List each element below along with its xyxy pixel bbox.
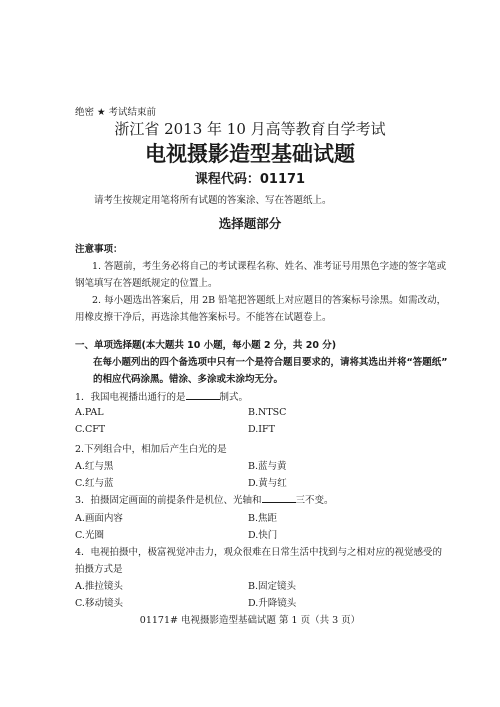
question-3-stem: 3．拍摄固定画面的前提条件是机位、光轴和三不变。: [75, 492, 334, 506]
q2-option-a: A.红与黑: [75, 458, 113, 472]
note-2-line2: 用橡皮擦干净后，再选涂其他答案标号。不能答在试题卷上。: [75, 309, 332, 323]
q1-option-a: A.PAL: [75, 407, 104, 418]
confidential-mark: 绝密 ★ 考试结束前: [75, 104, 156, 118]
q3-option-d: D.快门: [248, 527, 277, 541]
page-footer: 01171# 电视摄影造型基础试题 第 1 页（共 3 页）: [0, 612, 500, 626]
q4-option-c: C.移动镜头: [75, 595, 123, 609]
question-4-stem: 4．电视拍摄中，极富视觉冲击力，观众很难在日常生活中找到与之相对应的视觉感受的: [75, 544, 442, 558]
question-3-text: 3．拍摄固定画面的前提条件是机位、光轴和: [75, 495, 262, 506]
q3-option-a: A.画面内容: [75, 510, 123, 524]
question-2-stem: 2.下列组合中，相加后产生白光的是: [75, 441, 227, 455]
note-1-line1: 1. 答题前，考生务必将自己的考试课程名称、姓名、准考证号用黑色字迹的签字笔或: [92, 258, 446, 272]
q4-option-a: A.推拉镜头: [75, 578, 123, 592]
question-1-stem: 1．我国电视播出通行的是制式。: [75, 389, 248, 403]
paper-title: 电视摄影造型基础试题: [0, 138, 500, 168]
notes-heading: 注意事项：: [75, 241, 123, 255]
q2-option-d: D.黄与红: [248, 475, 287, 489]
exam-name: 浙江省 2013 年 10 月高等教育自学考试: [0, 118, 500, 139]
answer-instruction: 请考生按规定用笔将所有试题的答案涂、写在答题纸上。: [94, 192, 332, 206]
q4-option-b: B.固定镜头: [248, 578, 296, 592]
part1-desc-line1: 在每小题列出的四个备选项中只有一个是符合题目要求的，请将其选出并将“答题纸”: [93, 354, 448, 368]
course-code: 课程代码：01171: [0, 168, 500, 187]
q2-option-b: B.蓝与黄: [248, 458, 287, 472]
q1-option-b: B.NTSC: [248, 407, 286, 418]
part1-desc-line2: 的相应代码涂黑。错涂、多涂或未涂均无分。: [93, 371, 283, 385]
question-3-text-end: 三不变。: [296, 495, 334, 506]
q4-option-d: D.升降镜头: [248, 595, 296, 609]
note-2-line1: 2. 每小题选出答案后，用 2B 铅笔把答题纸上对应题目的答案标号涂黑。如需改动…: [92, 292, 446, 306]
answer-blank: [262, 494, 296, 503]
q2-option-c: C.红与蓝: [75, 475, 113, 489]
part1-heading: 一、单项选择题(本大题共 10 小题，每小题 2 分，共 20 分): [75, 337, 336, 351]
q3-option-b: B.焦距: [248, 510, 277, 524]
question-1-text: 1．我国电视播出通行的是: [75, 392, 186, 403]
q3-option-c: C.光圈: [75, 527, 104, 541]
q1-option-c: C.CFT: [75, 424, 105, 435]
section-title: 选择题部分: [0, 214, 500, 232]
note-1-line2: 钢笔填写在答题纸规定的位置上。: [75, 275, 218, 289]
question-4-stem-line2: 拍摄方式是: [75, 561, 123, 575]
q1-option-d: D.IFT: [248, 424, 275, 435]
question-1-text-end: 制式。: [220, 392, 249, 403]
answer-blank: [186, 391, 220, 400]
